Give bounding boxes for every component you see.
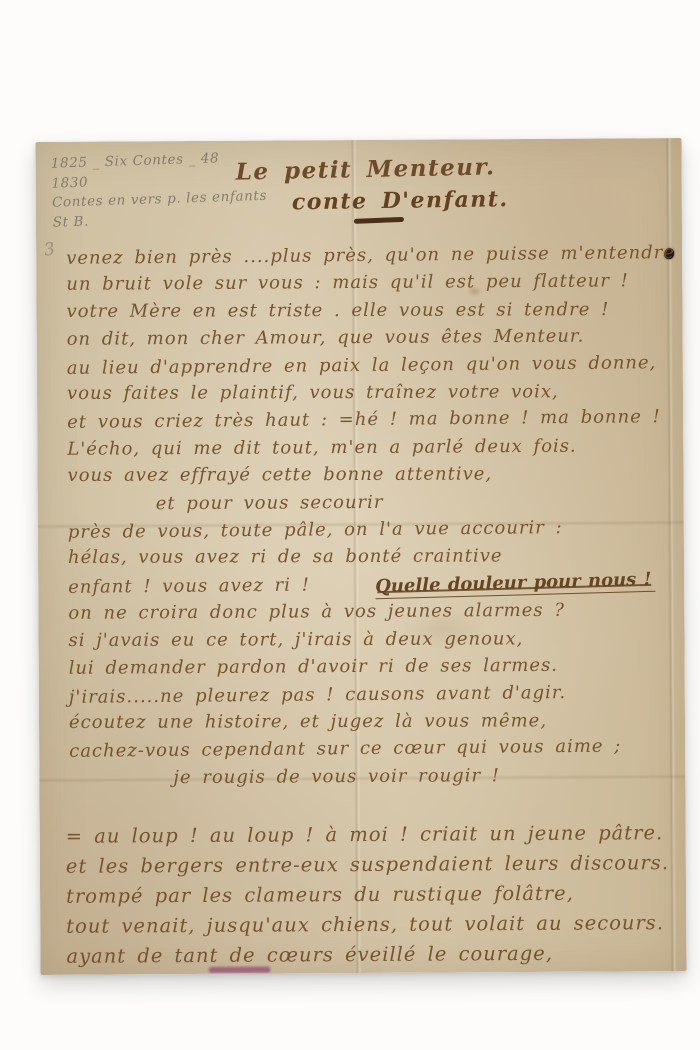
poem-line-with-correction: enfant ! vous avez ri ! Quelle douleur p…: [68, 568, 674, 601]
page-title: Le petit Menteur.: [235, 153, 495, 185]
inked-correction-over-strikethrough: Quelle douleur pour nous !: [374, 566, 651, 601]
margin-number-mark: 3: [43, 239, 57, 260]
poem-line: tout venait, jusqu'aux chiens, tout vola…: [66, 908, 678, 942]
poem-line: un bruit vole sur vous : mais qu'il est …: [66, 267, 672, 298]
poem-line: je rougis de vous voir rougir !: [69, 761, 675, 792]
poem-line: écoutez une histoire, et jugez là vous m…: [69, 707, 675, 737]
poem-line: L'écho, qui me dit tout, m'en a parlé de…: [67, 432, 673, 463]
title-underline-stroke: [354, 217, 404, 224]
poem-line: ayant de tant de cœurs éveillé le courag…: [66, 938, 678, 972]
poem-line: lui demander pardon d'avoir ri de ses la…: [69, 651, 675, 682]
poem-line: j'irais.....ne pleurez pas ! causons ava…: [69, 678, 675, 711]
poem-part-2: = au loup ! au loup ! à moi ! criait un …: [66, 818, 679, 972]
poem-line: au lieu d'apprendre en paix la leçon qu'…: [67, 349, 673, 382]
poem-line: trompé par les clameurs du rustique folâ…: [66, 878, 678, 912]
poem-line: = au loup ! au loup ! à moi ! criait un …: [66, 818, 678, 852]
poem-line: on ne croira donc plus à vos jeunes alar…: [68, 596, 674, 627]
manuscript-page: 1825 _ Six Contes _ 48 1830 Contes en ve…: [35, 138, 686, 975]
poem-line: venez bien près ....plus près, qu'on ne …: [66, 239, 672, 272]
poem-line: on dit, mon cher Amour, que vous êtes Me…: [67, 322, 673, 353]
page-subtitle: conte D'enfant.: [292, 186, 509, 215]
poem-line: vous avez effrayé cette bonne attentive,: [67, 460, 673, 490]
poem-part-1: venez bien près ....plus près, qu'on ne …: [66, 240, 675, 792]
poem-line: si j'avais eu ce tort, j'irais à deux ge…: [68, 625, 674, 655]
poem-line: votre Mère en est triste . elle vous est…: [66, 296, 672, 326]
poem-line-text: enfant ! vous avez ri !: [68, 574, 310, 597]
photo-of-manuscript: { "colors": { "background": "#fdfcfa", "…: [0, 0, 700, 1050]
poem-line: et les bergers entre-eux suspendaient le…: [66, 848, 678, 882]
